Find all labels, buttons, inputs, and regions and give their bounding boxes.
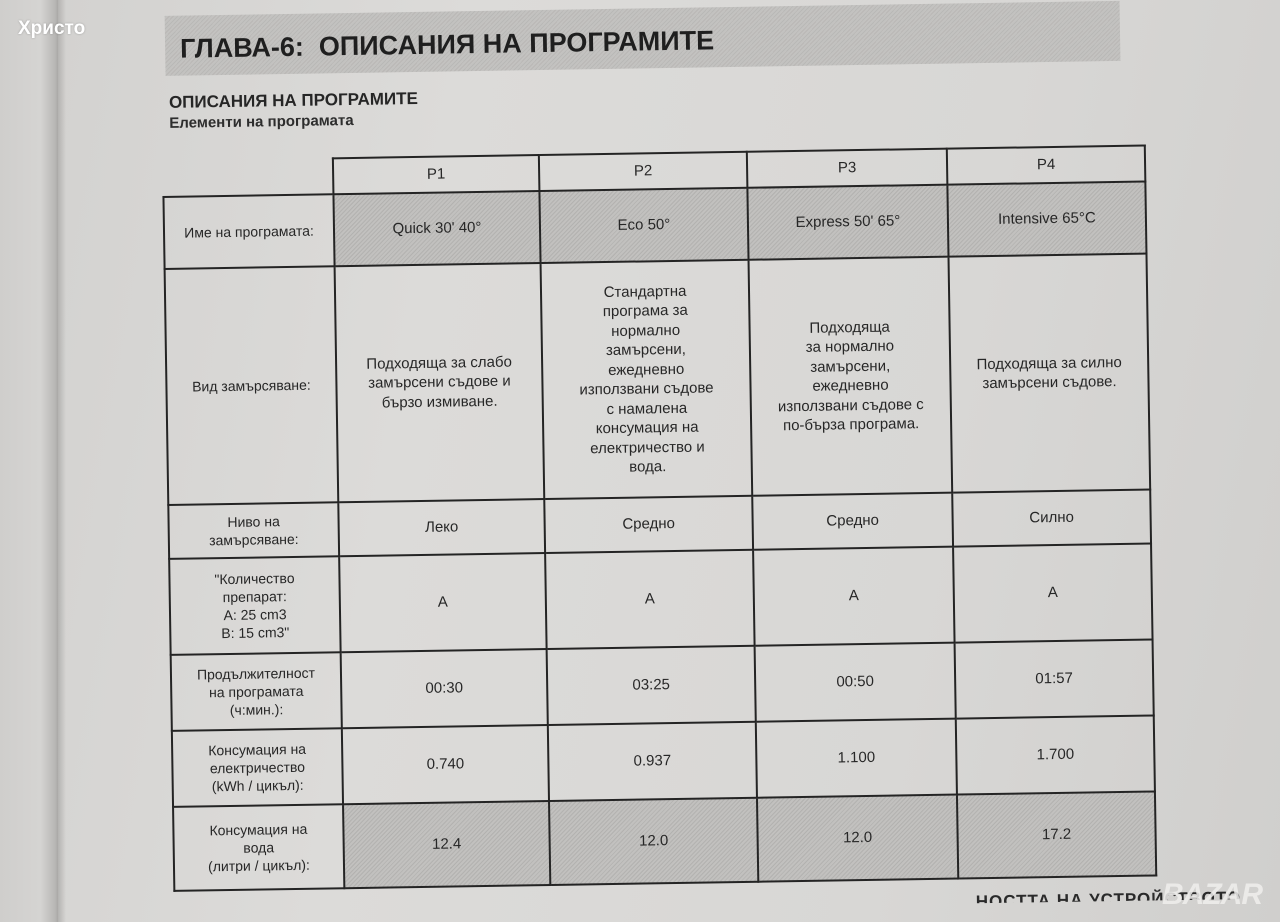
cell-duration-p1: 00:30 — [341, 649, 548, 728]
row-label-water: Консумация на вода (литри / цикъл): — [173, 804, 344, 891]
cell-detergent-p4: A — [953, 543, 1152, 642]
cell-soil-level-p1: Леко — [338, 499, 545, 556]
column-header-p3: P3 — [747, 149, 948, 188]
cell-program-name-p2: Eco 50° — [539, 188, 748, 263]
section-subtitle: Елементи на програмата — [169, 112, 354, 132]
cell-duration-p4: 01:57 — [955, 639, 1154, 718]
cell-soil-level-p4: Силно — [952, 490, 1151, 547]
cell-detergent-p2: A — [545, 550, 754, 649]
cell-program-name-p1: Quick 30' 40° — [333, 191, 540, 266]
table-row-water: Консумация на вода (литри / цикъл): 12.4… — [173, 791, 1156, 890]
cell-program-name-p4: Intensive 65°C — [947, 182, 1146, 257]
section-title: ОПИСАНИЯ НА ПРОГРАМИТЕ — [169, 89, 418, 113]
cell-soil-type-p1: Подходяща за слабо замърсени съдове и бъ… — [335, 263, 545, 502]
uploader-watermark: Христо — [18, 18, 85, 40]
bazar-logo-watermark: BAZAR — [1162, 878, 1262, 912]
cell-soil-level-p2: Средно — [544, 496, 753, 553]
row-label-soil-level: Ниво на замърсяване: — [168, 502, 339, 559]
column-header-p2: P2 — [539, 152, 748, 191]
row-label-program-name: Име на програмата: — [163, 194, 334, 269]
cell-detergent-p1: A — [339, 553, 546, 652]
cell-soil-level-p3: Средно — [752, 493, 953, 550]
cell-soil-type-p2: Стандартна програма за нормално замърсен… — [541, 260, 753, 499]
cell-water-p4: 17.2 — [957, 791, 1156, 878]
table-row-detergent: "Количество препарат: A: 25 cm3 B: 15 cm… — [169, 543, 1152, 654]
row-label-soil-type: Вид замърсяване: — [165, 266, 339, 505]
cell-electricity-p3: 1.100 — [756, 719, 957, 798]
row-label-detergent: "Количество препарат: A: 25 cm3 B: 15 cm… — [169, 556, 340, 655]
cell-water-p3: 12.0 — [757, 795, 958, 882]
cell-soil-type-p3: Подходяща за нормално замърсени, ежеднев… — [749, 257, 953, 496]
cell-soil-type-p4: Подходяща за силно замърсени съдове. — [949, 254, 1151, 493]
cell-program-name-p3: Express 50' 65° — [747, 185, 948, 260]
cell-water-p1: 12.4 — [343, 801, 550, 888]
cell-detergent-p3: A — [753, 547, 954, 646]
cell-duration-p3: 00:50 — [755, 643, 956, 722]
cell-electricity-p2: 0.937 — [548, 722, 757, 801]
cell-duration-p2: 03:25 — [547, 646, 756, 725]
document-content: ГЛАВА-6: ОПИСАНИЯ НА ПРОГРАМИТЕ ОПИСАНИЯ… — [0, 0, 1280, 922]
cell-electricity-p1: 0.740 — [342, 725, 549, 804]
column-header-p4: P4 — [947, 146, 1146, 185]
table-row-soil-type: Вид замърсяване: Подходяща за слабо замъ… — [165, 254, 1151, 505]
cell-water-p2: 12.0 — [549, 798, 758, 885]
row-label-duration: Продължителност на програмата (ч:мин.): — [171, 652, 342, 731]
column-header-p1: P1 — [333, 155, 540, 194]
table-corner — [163, 158, 334, 197]
cell-electricity-p4: 1.700 — [956, 715, 1155, 794]
program-table: P1 P2 P3 P4 Име на програмата: Quick 30'… — [162, 145, 1157, 892]
row-label-electricity: Консумация на електричество (kWh / цикъл… — [172, 728, 343, 807]
